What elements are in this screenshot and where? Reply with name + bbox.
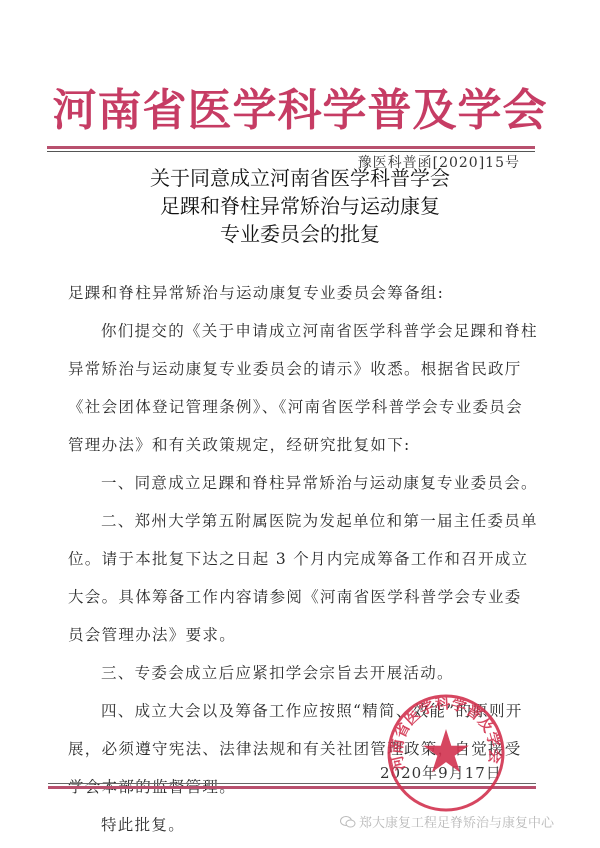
wechat-icon — [340, 815, 356, 829]
paragraph: 二、郑州大学第五附属医院为发起单位和第一届主任委员单位。请于本批复下达之日起 3… — [68, 502, 538, 654]
paragraph: 三、专委会成立后应紧扣学会宗旨去开展活动。 — [68, 654, 538, 692]
letterhead-dark-rule — [47, 151, 535, 152]
paragraph: 你们提交的《关于申请成立河南省医学科普学会足踝和脊柱异常矫治与运动康复专业委员会… — [68, 312, 538, 464]
title-line: 关于同意成立河南省医学科普学会 — [0, 164, 600, 192]
letterhead-red-rule — [47, 146, 535, 149]
watermark-text: 郑大康复工程足脊矫治与康复中心 — [359, 812, 554, 831]
official-seal-icon: 河南省医学科学普及学会 — [386, 693, 506, 813]
addressee: 足踝和脊柱异常矫治与运动康复专业委员会筹备组: — [68, 274, 538, 312]
title-line: 专业委员会的批复 — [0, 220, 600, 248]
organization-letterhead: 河南省医学科学普及学会 — [0, 86, 600, 136]
paragraph: 一、同意成立足踝和脊柱异常矫治与运动康复专业委员会。 — [68, 464, 538, 502]
document-title: 关于同意成立河南省医学科普学会 足踝和脊柱异常矫治与运动康复 专业委员会的批复 — [0, 164, 600, 248]
title-line: 足踝和脊柱异常矫治与运动康复 — [0, 192, 600, 220]
watermark: 郑大康复工程足脊矫治与康复中心 — [340, 812, 554, 831]
document-page: 河南省医学科学普及学会 豫医科普函[2020]15号 关于同意成立河南省医学科普… — [0, 0, 600, 848]
